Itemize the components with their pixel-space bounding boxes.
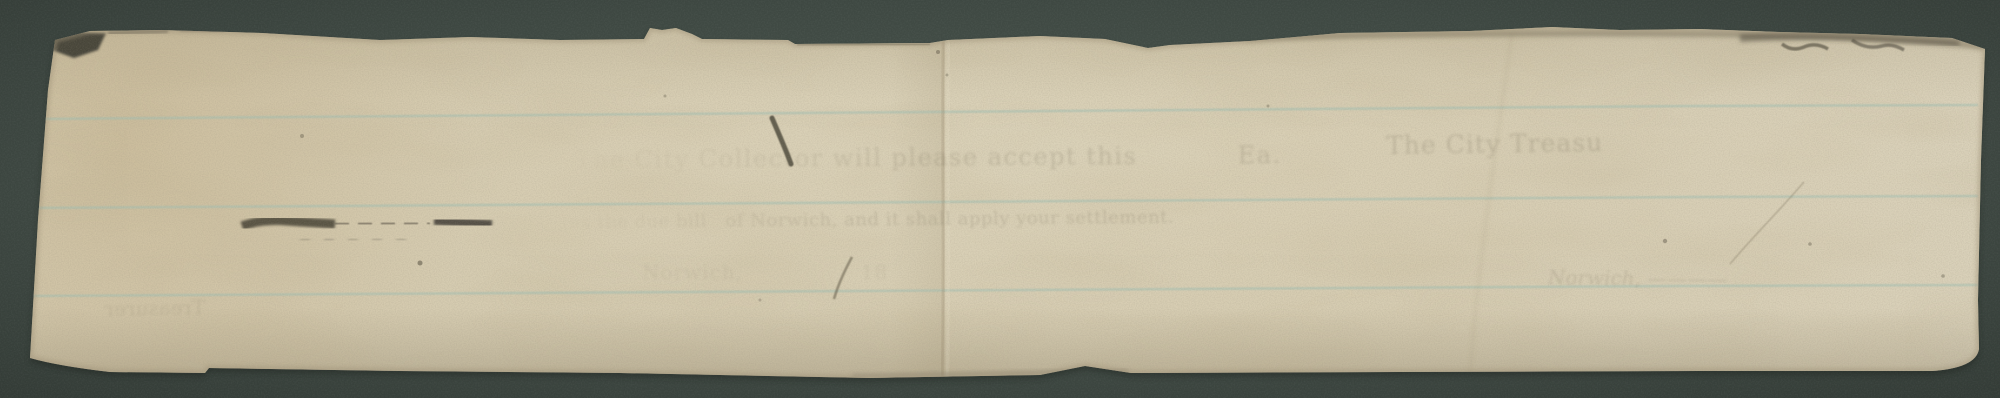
- document-scan-stage: The City Collector will please accept th…: [0, 0, 2000, 398]
- paper-grain: [0, 0, 2000, 398]
- paper-surface: [0, 0, 2000, 398]
- paper-scan-svg: [0, 0, 2000, 398]
- paper: [0, 0, 2000, 398]
